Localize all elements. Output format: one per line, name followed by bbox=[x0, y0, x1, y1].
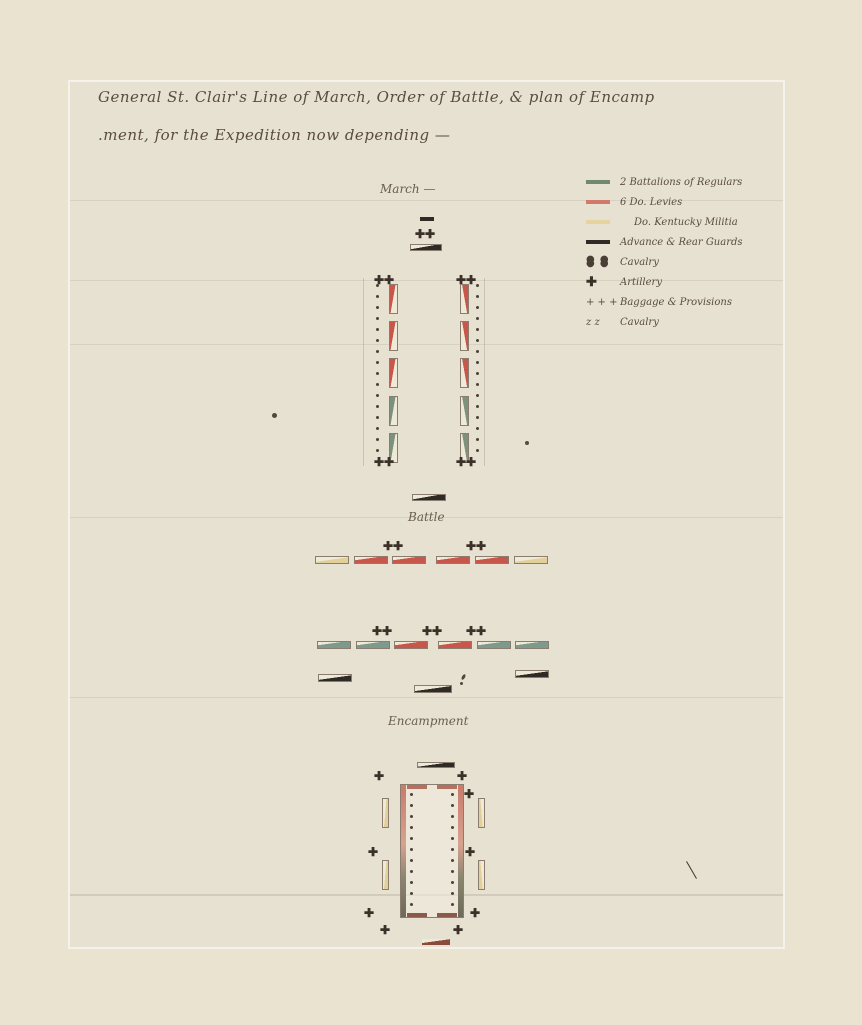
march-column: ✚✚ ✚✚ ✚✚ ✚✚ bbox=[363, 278, 485, 466]
legend-item-militia: Do. Kentucky Militia bbox=[586, 212, 743, 232]
regulars-battalion bbox=[317, 641, 351, 649]
advance-guard-marker bbox=[420, 217, 434, 221]
dots-icon: ● ● ● ● bbox=[586, 258, 610, 266]
artillery-icon: ✚✚ bbox=[415, 228, 435, 240]
regulars-battalion bbox=[389, 396, 398, 426]
militia-battalion bbox=[478, 798, 485, 828]
artillery-icon: ✚✚ bbox=[456, 456, 476, 468]
militia-battalion bbox=[514, 556, 548, 564]
levies-battalion bbox=[389, 358, 398, 388]
ink-stroke bbox=[686, 861, 697, 879]
regulars-battalion bbox=[515, 641, 549, 649]
regulars-battalion bbox=[477, 641, 511, 649]
levies-battalion bbox=[460, 284, 469, 314]
artillery-icon: ✚✚ bbox=[422, 625, 442, 637]
ink-mark bbox=[461, 674, 467, 681]
camp-right-line bbox=[458, 785, 463, 917]
levies-battalion bbox=[394, 641, 428, 649]
yellow-bar-icon bbox=[586, 220, 610, 224]
ink-spot bbox=[525, 441, 529, 445]
section-label-march: March — bbox=[380, 182, 435, 196]
levies-battalion bbox=[392, 556, 426, 564]
artillery-icon: ✚ bbox=[465, 846, 475, 858]
camp-left-line bbox=[401, 785, 406, 917]
ink-spot bbox=[272, 413, 277, 418]
artillery-icon: ✚✚ bbox=[383, 540, 403, 552]
regulars-battalion bbox=[460, 396, 469, 426]
levies-battalion bbox=[460, 321, 469, 351]
encampment-plan: ✚ ✚ ✚ ✚ ✚ ✚ ✚ ✚ ✚ bbox=[370, 770, 480, 940]
artillery-icon: ✚✚ bbox=[466, 540, 486, 552]
red-bar-icon bbox=[586, 200, 610, 204]
legend: 2 Battalions of Regulars 6 Do. Levies Do… bbox=[586, 172, 743, 332]
artillery-icon: ✚ bbox=[380, 924, 390, 936]
advance-guard-bar bbox=[410, 244, 442, 251]
cavalry-dots-right bbox=[476, 284, 479, 460]
camp-front-left bbox=[407, 785, 427, 789]
rear-guard-bar bbox=[414, 685, 452, 693]
section-label-battle: Battle bbox=[408, 510, 445, 524]
ink-mark bbox=[460, 682, 463, 685]
levies-battalion bbox=[460, 358, 469, 388]
militia-battalion bbox=[382, 798, 389, 828]
artillery-icon: ✚ bbox=[453, 924, 463, 936]
section-label-encampment: Encampment bbox=[388, 714, 468, 728]
black-bar-icon bbox=[586, 240, 610, 244]
levies-battalion bbox=[438, 641, 472, 649]
artillery-icon: ✚✚ bbox=[372, 625, 392, 637]
flank-guard-bar bbox=[318, 674, 352, 682]
levies-battalion bbox=[389, 284, 398, 314]
legend-item-guards: Advance & Rear Guards bbox=[586, 232, 743, 252]
advance-guard-bar bbox=[417, 762, 455, 768]
fold-line bbox=[70, 697, 783, 698]
levies-battalion bbox=[354, 556, 388, 564]
rear-guard-bar bbox=[412, 494, 446, 501]
cavalry-dots-left bbox=[376, 284, 379, 460]
cross-icon: ✚ bbox=[586, 275, 610, 290]
artillery-icon: ✚ bbox=[457, 770, 467, 782]
levies-battalion bbox=[475, 556, 509, 564]
legend-item-regulars: 2 Battalions of Regulars bbox=[586, 172, 743, 192]
legend-item-artillery: ✚ Artillery bbox=[586, 272, 743, 292]
document-title-line-1: General St. Clair's Line of March, Order… bbox=[98, 88, 655, 106]
small-crosses-icon: + + + bbox=[586, 297, 620, 308]
levies-battalion bbox=[436, 556, 470, 564]
camp-perimeter bbox=[400, 784, 464, 918]
manuscript-page: General St. Clair's Line of March, Order… bbox=[70, 82, 783, 947]
small-marks-icon: z z bbox=[586, 317, 620, 328]
militia-battalion bbox=[478, 860, 485, 890]
artillery-icon: ✚✚ bbox=[466, 625, 486, 637]
legend-item-cavalry-dots: ● ● ● ● Cavalry bbox=[586, 252, 743, 272]
flank-guard-bar bbox=[515, 670, 549, 678]
cavalry-dots-left bbox=[410, 793, 413, 914]
rear-guard-bar bbox=[422, 939, 450, 945]
artillery-icon: ✚ bbox=[364, 907, 374, 919]
militia-battalion bbox=[315, 556, 349, 564]
cavalry-dots-right bbox=[451, 793, 454, 914]
artillery-icon: ✚ bbox=[464, 788, 474, 800]
artillery-icon: ✚ bbox=[470, 907, 480, 919]
legend-item-cavalry-marks: z z Cavalry bbox=[586, 312, 743, 332]
artillery-icon: ✚ bbox=[368, 846, 378, 858]
regulars-battalion bbox=[356, 641, 390, 649]
legend-item-levies: 6 Do. Levies bbox=[586, 192, 743, 212]
legend-item-baggage: + + + Baggage & Provisions bbox=[586, 292, 743, 312]
levies-battalion bbox=[389, 321, 398, 351]
document-title-line-2: .ment, for the Expedition now depending … bbox=[98, 126, 450, 144]
camp-rear-right bbox=[437, 913, 457, 917]
artillery-icon: ✚ bbox=[374, 770, 384, 782]
green-bar-icon bbox=[586, 180, 610, 184]
artillery-icon: ✚✚ bbox=[374, 456, 394, 468]
camp-front-right bbox=[437, 785, 457, 789]
militia-battalion bbox=[382, 860, 389, 890]
